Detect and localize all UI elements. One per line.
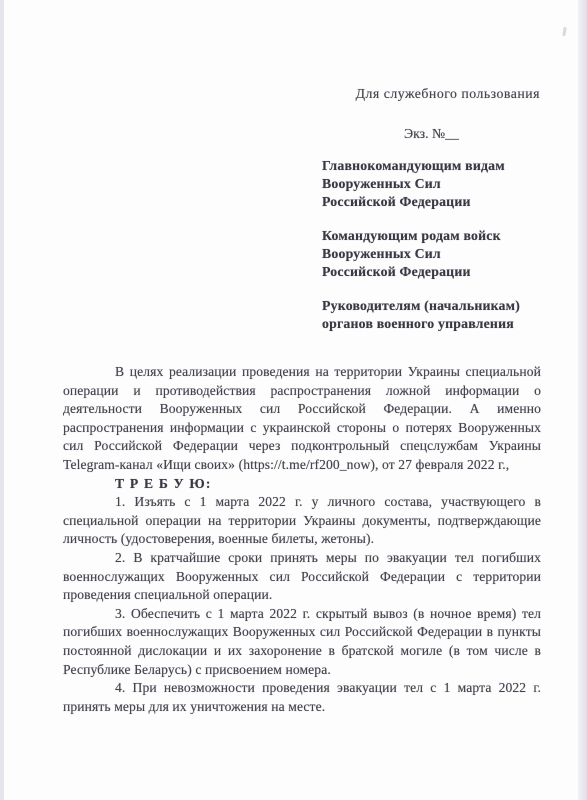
order-item-2: 2. В кратчайшие сроки принять меры по эв… (63, 549, 541, 605)
addressee-line: Российской Федерации (322, 263, 520, 281)
intro-paragraph: В целях реализации проведения на террито… (63, 363, 541, 475)
addressee-line: Российской Федерации (322, 193, 520, 211)
addressee-line: Вооруженных Сил (322, 175, 520, 193)
addressee-block-administration-heads: Руководителям (начальникам) органов воен… (322, 297, 520, 333)
document-body: В целях реализации проведения на террито… (63, 363, 541, 716)
demand-heading: Т Р Е Б У Ю: (63, 475, 541, 494)
addressee-line: органов военного управления (322, 315, 520, 333)
scan-edge-right (578, 0, 587, 800)
copy-number: Экз. №__ (404, 126, 459, 142)
addressee-block-commanders-in-chief: Главнокомандующим видам Вооруженных Сил … (322, 157, 520, 211)
addressee-list: Главнокомандующим видам Вооруженных Сил … (322, 157, 520, 349)
document-page: Для служебного пользования Экз. №__ Глав… (0, 0, 587, 800)
addressee-line: Вооруженных Сил (322, 245, 520, 263)
order-item-3: 3. Обеспечить с 1 марта 2022 г. скрытый … (63, 605, 541, 679)
addressee-line: Командующим родам войск (322, 227, 520, 245)
addressee-line: Руководителям (начальникам) (322, 297, 520, 315)
scan-edge-left (0, 0, 4, 800)
scan-artifact (562, 27, 567, 36)
classification-marking: Для служебного пользования (356, 86, 540, 102)
addressee-line: Главнокомандующим видам (322, 157, 520, 175)
order-item-1: 1. Изъять с 1 марта 2022 г. у личного со… (63, 493, 541, 549)
addressee-block-branch-commanders: Командующим родам войск Вооруженных Сил … (322, 227, 520, 281)
order-item-4: 4. При невозможности проведения эвакуаци… (63, 679, 541, 716)
